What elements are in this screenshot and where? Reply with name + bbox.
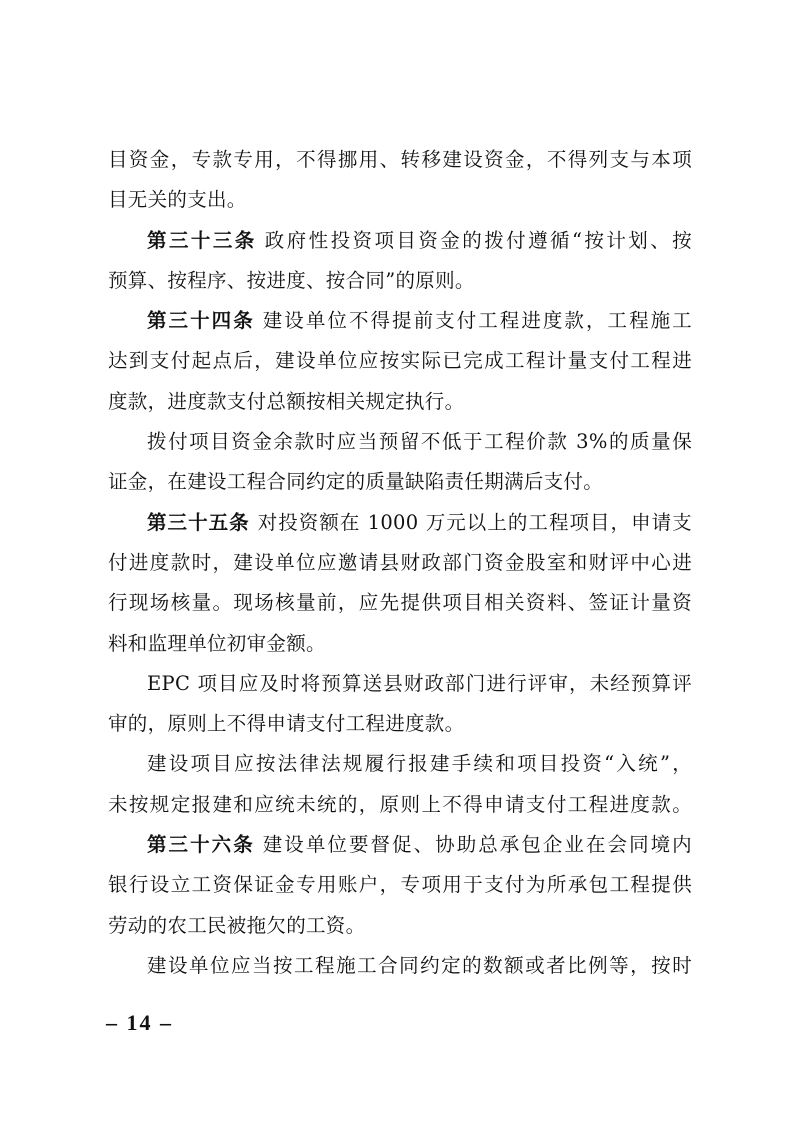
text-line: 预算、按程序、按进度、按合同”的原则。 (108, 261, 692, 301)
text-line: 度款，进度款支付总额按相关规定执行。 (108, 382, 692, 422)
text-line: 证金，在建设工程合同约定的质量缺陷责任期满后支付。 (108, 462, 692, 502)
line-text: 审的，原则上不得申请支付工程进度款。 (108, 712, 464, 735)
text-line: 目无关的支出。 (108, 180, 692, 220)
text-line: 拨付项目资金余款时应当预留不低于工程价款 3%的质量保 (108, 422, 692, 462)
line-text: 对投资额在 1000 万元以上的工程项目，申请支 (258, 511, 692, 534)
text-line: 审的，原则上不得申请支付工程进度款。 (108, 704, 692, 744)
page-number: – 14 – (106, 1010, 173, 1036)
line-text: EPC 项目应及时将预算送县财政部门进行评审，未经预算评 (147, 672, 692, 695)
line-text: 付进度款时，建设单位应邀请县财政部门资金股室和财评中心进 (108, 551, 692, 574)
line-text: 目无关的支出。 (108, 188, 247, 211)
article-line: 第三十四条建设单位不得提前支付工程进度款，工程施工 (108, 301, 692, 341)
line-text: 银行设立工资保证金专用账户，专项用于支付为所承包工程提供 (108, 873, 692, 896)
article-line: 第三十六条建设单位要督促、协助总承包企业在会同境内 (108, 825, 692, 865)
line-text: 行现场核量。现场核量前，应先提供项目相关资料、签证计量资 (108, 591, 692, 614)
text-line: 建设项目应按法律法规履行报建手续和项目投资“入统”， (108, 744, 692, 784)
document-page: 目资金，专款专用，不得挪用、转移建设资金，不得列支与本项目无关的支出。第三十三条… (0, 0, 793, 1122)
line-text: 达到支付起点后，建设单位应按实际已完成工程计量支付工程进 (108, 349, 692, 372)
line-text: 度款，进度款支付总额按相关规定执行。 (108, 390, 464, 413)
text-line: 建设单位应当按工程施工合同约定的数额或者比例等，按时 (108, 946, 692, 986)
line-text: 拨付项目资金余款时应当预留不低于工程价款 3%的质量保 (147, 430, 692, 453)
article-heading: 第三十六条 (147, 833, 255, 856)
text-line: 银行设立工资保证金专用账户，专项用于支付为所承包工程提供 (108, 865, 692, 905)
line-text: 建设单位应当按工程施工合同约定的数额或者比例等，按时 (147, 954, 692, 977)
line-text: 预算、按程序、按进度、按合同”的原则。 (108, 269, 475, 292)
article-heading: 第三十三条 (147, 229, 257, 252)
document-body: 目资金，专款专用，不得挪用、转移建设资金，不得列支与本项目无关的支出。第三十三条… (108, 140, 692, 986)
line-text: 建设项目应按法律法规履行报建手续和项目投资“入统”， (147, 752, 692, 775)
article-line: 第三十三条政府性投资项目资金的拨付遵循“按计划、按 (108, 221, 692, 261)
text-line: 目资金，专款专用，不得挪用、转移建设资金，不得列支与本项 (108, 140, 692, 180)
text-line: EPC 项目应及时将预算送县财政部门进行评审，未经预算评 (108, 664, 692, 704)
article-heading: 第三十五条 (147, 511, 250, 534)
line-text: 料和监理单位初审金额。 (108, 632, 326, 655)
line-text: 建设单位不得提前支付工程进度款，工程施工 (263, 309, 692, 332)
text-line: 达到支付起点后，建设单位应按实际已完成工程计量支付工程进 (108, 341, 692, 381)
text-line: 料和监理单位初审金额。 (108, 624, 692, 664)
text-line: 劳动的农工民被拖欠的工资。 (108, 906, 692, 946)
article-heading: 第三十四条 (147, 309, 255, 332)
article-line: 第三十五条对投资额在 1000 万元以上的工程项目，申请支 (108, 503, 692, 543)
text-line: 未按规定报建和应统未统的，原则上不得申请支付工程进度款。 (108, 785, 692, 825)
line-text: 劳动的农工民被拖欠的工资。 (108, 914, 365, 937)
line-text: 证金，在建设工程合同约定的质量缺陷责任期满后支付。 (108, 470, 603, 493)
line-text: 政府性投资项目资金的拨付遵循“按计划、按 (265, 229, 692, 252)
text-line: 付进度款时，建设单位应邀请县财政部门资金股室和财评中心进 (108, 543, 692, 583)
line-text: 建设单位要督促、协助总承包企业在会同境内 (263, 833, 692, 856)
line-text: 目资金，专款专用，不得挪用、转移建设资金，不得列支与本项 (108, 148, 692, 171)
line-text: 未按规定报建和应统未统的，原则上不得申请支付工程进度款。 (108, 793, 692, 816)
text-line: 行现场核量。现场核量前，应先提供项目相关资料、签证计量资 (108, 583, 692, 623)
